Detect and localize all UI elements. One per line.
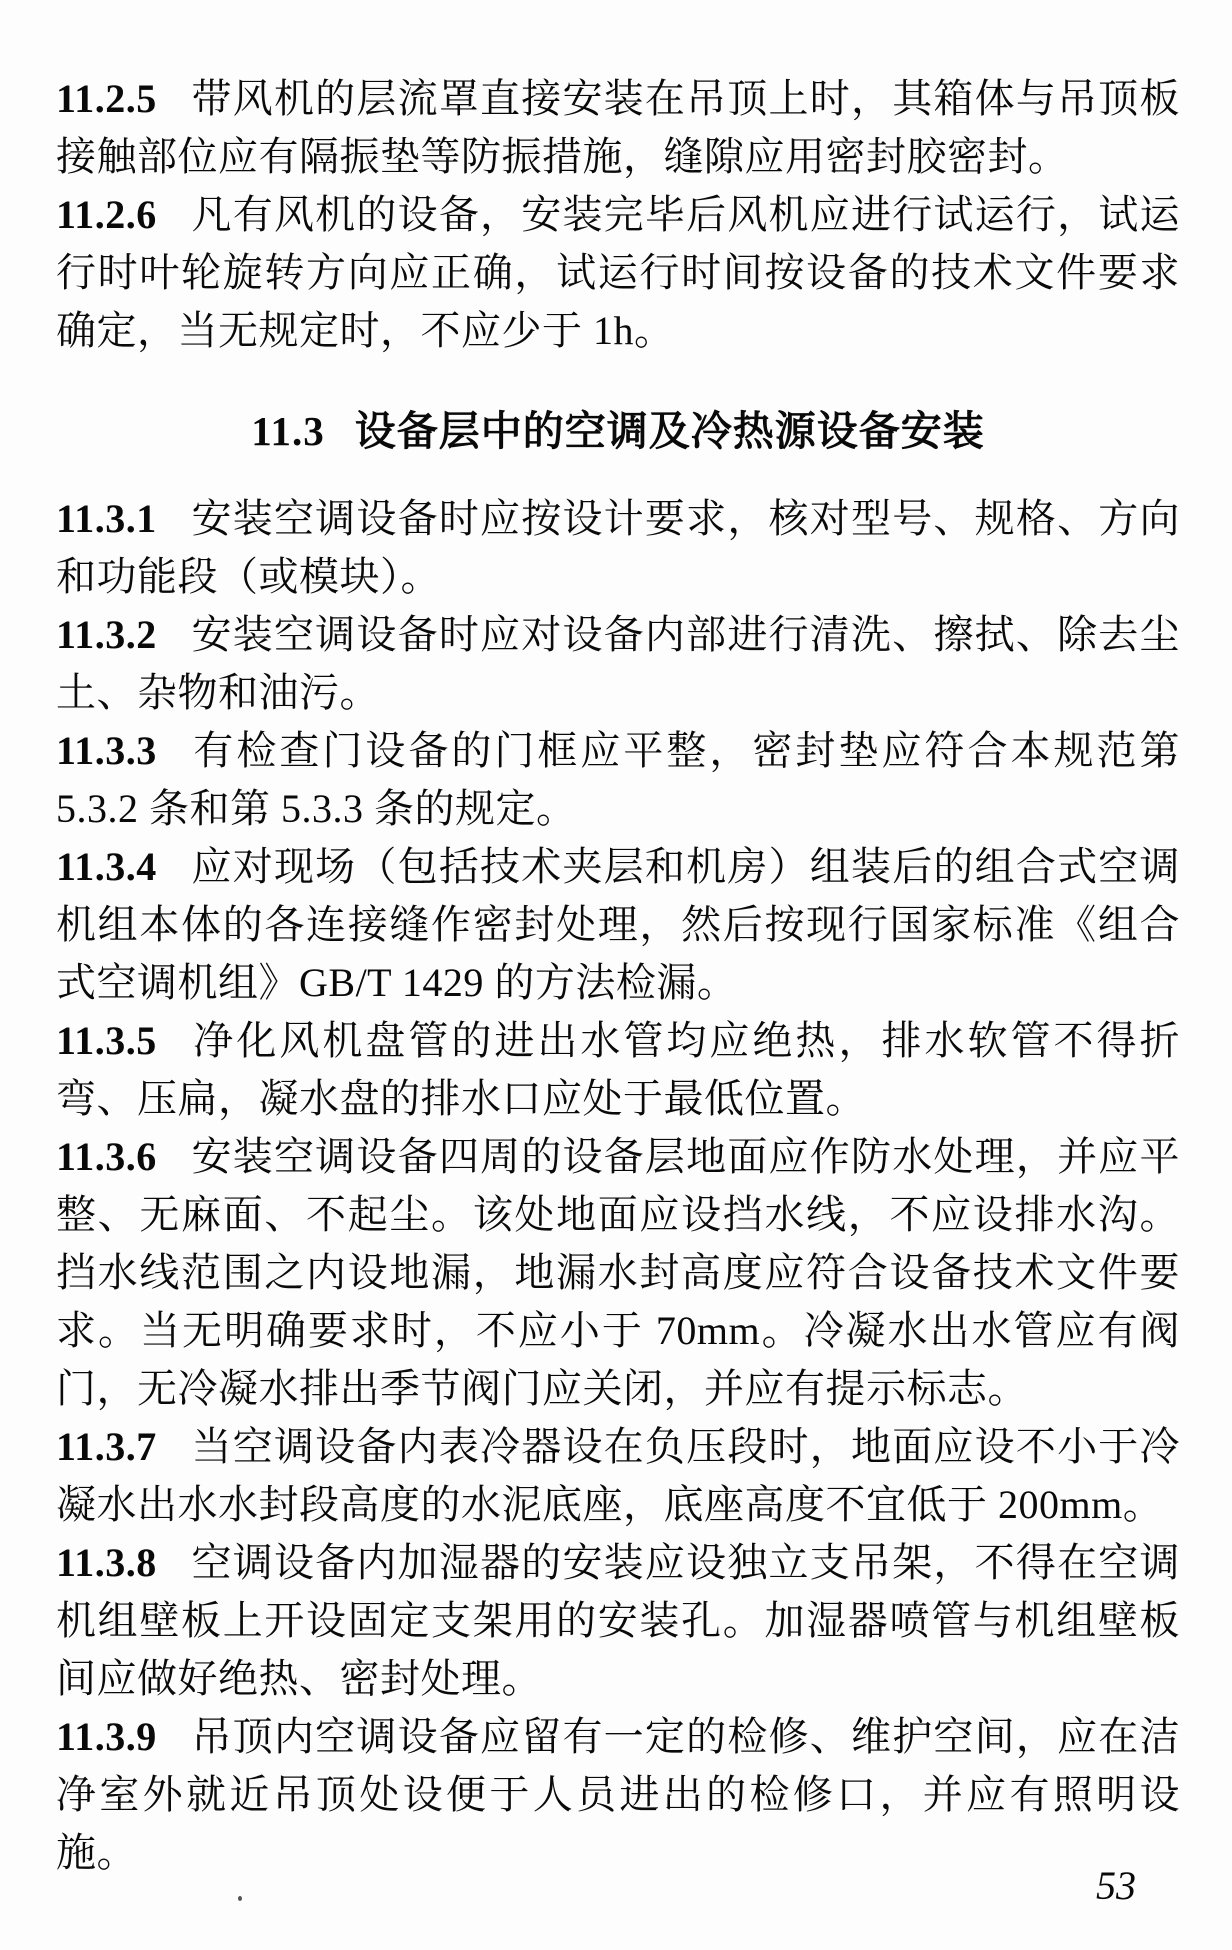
section-number: 11.3 — [251, 408, 355, 454]
clause-text: 当空调设备内表冷器设在负压段时，地面应设不小于冷凝水出水水封段高度的水泥底座，底… — [56, 1424, 1180, 1527]
clause-number: 11.3.5 — [56, 1018, 191, 1063]
clause-text: 吊顶内空调设备应留有一定的检修、维护空间，应在洁净室外就近吊顶处设便于人员进出的… — [56, 1714, 1180, 1875]
section-title: 设备层中的空调及冷热源设备安装 — [355, 408, 985, 454]
clause-number: 11.2.5 — [56, 76, 191, 121]
clause-11-3-3: 11.3.3有检查门设备的门框应平整，密封垫应符合本规范第 5.3.2 条和第 … — [56, 722, 1180, 838]
page-number: 53 — [1096, 1862, 1136, 1910]
clause-text: 安装空调设备时应按设计要求，核对型号、规格、方向和功能段（或模块）。 — [56, 496, 1180, 599]
clause-text: 安装空调设备四周的设备层地面应作防水处理，并应平整、无麻面、不起尘。该处地面应设… — [56, 1134, 1180, 1411]
clause-11-3-2: 11.3.2安装空调设备时应对设备内部进行清洗、擦拭、除去尘土、杂物和油污。 — [56, 606, 1180, 722]
clause-11-2-5: 11.2.5带风机的层流罩直接安装在吊顶上时，其箱体与吊顶板接触部位应有隔振垫等… — [56, 70, 1180, 186]
section-heading: 11.3设备层中的空调及冷热源设备安装 — [56, 402, 1180, 460]
clause-number: 11.3.7 — [56, 1424, 191, 1469]
clause-number: 11.3.8 — [56, 1540, 191, 1585]
clause-number: 11.3.1 — [56, 496, 191, 541]
clause-11-3-4: 11.3.4应对现场（包括技术夹层和机房）组装后的组合式空调机组本体的各连接缝作… — [56, 838, 1180, 1012]
clause-number: 11.3.4 — [56, 844, 191, 889]
clause-number: 11.2.6 — [56, 192, 191, 237]
clause-text: 有检查门设备的门框应平整，密封垫应符合本规范第 5.3.2 条和第 5.3.3 … — [56, 728, 1180, 831]
clause-number: 11.3.2 — [56, 612, 191, 657]
clause-11-3-1: 11.3.1安装空调设备时应按设计要求，核对型号、规格、方向和功能段（或模块）。 — [56, 490, 1180, 606]
clause-text: 安装空调设备时应对设备内部进行清洗、擦拭、除去尘土、杂物和油污。 — [56, 612, 1180, 715]
scan-speck — [238, 1896, 242, 1901]
clause-number: 11.3.6 — [56, 1134, 191, 1179]
clause-text: 空调设备内加湿器的安装应设独立支吊架，不得在空调机组壁板上开设固定支架用的安装孔… — [56, 1540, 1180, 1701]
clause-11-3-5: 11.3.5净化风机盘管的进出水管均应绝热，排水软管不得折弯、压扁，凝水盘的排水… — [56, 1012, 1180, 1128]
clause-11-2-6: 11.2.6凡有风机的设备，安装完毕后风机应进行试运行，试运行时叶轮旋转方向应正… — [56, 186, 1180, 360]
clause-number: 11.3.9 — [56, 1714, 191, 1759]
clause-text: 净化风机盘管的进出水管均应绝热，排水软管不得折弯、压扁，凝水盘的排水口应处于最低… — [56, 1018, 1180, 1121]
clause-11-3-8: 11.3.8空调设备内加湿器的安装应设独立支吊架，不得在空调机组壁板上开设固定支… — [56, 1534, 1180, 1708]
document-page: 11.2.5带风机的层流罩直接安装在吊顶上时，其箱体与吊顶板接触部位应有隔振垫等… — [0, 0, 1232, 1950]
clause-text: 带风机的层流罩直接安装在吊顶上时，其箱体与吊顶板接触部位应有隔振垫等防振措施，缝… — [56, 76, 1180, 179]
clause-11-3-9: 11.3.9吊顶内空调设备应留有一定的检修、维护空间，应在洁净室外就近吊顶处设便… — [56, 1708, 1180, 1882]
clause-11-3-7: 11.3.7当空调设备内表冷器设在负压段时，地面应设不小于冷凝水出水水封段高度的… — [56, 1418, 1180, 1534]
clause-text: 应对现场（包括技术夹层和机房）组装后的组合式空调机组本体的各连接缝作密封处理，然… — [56, 844, 1180, 1005]
clause-number: 11.3.3 — [56, 728, 191, 773]
clause-text: 凡有风机的设备，安装完毕后风机应进行试运行，试运行时叶轮旋转方向应正确，试运行时… — [56, 192, 1180, 353]
clause-11-3-6: 11.3.6安装空调设备四周的设备层地面应作防水处理，并应平整、无麻面、不起尘。… — [56, 1128, 1180, 1418]
